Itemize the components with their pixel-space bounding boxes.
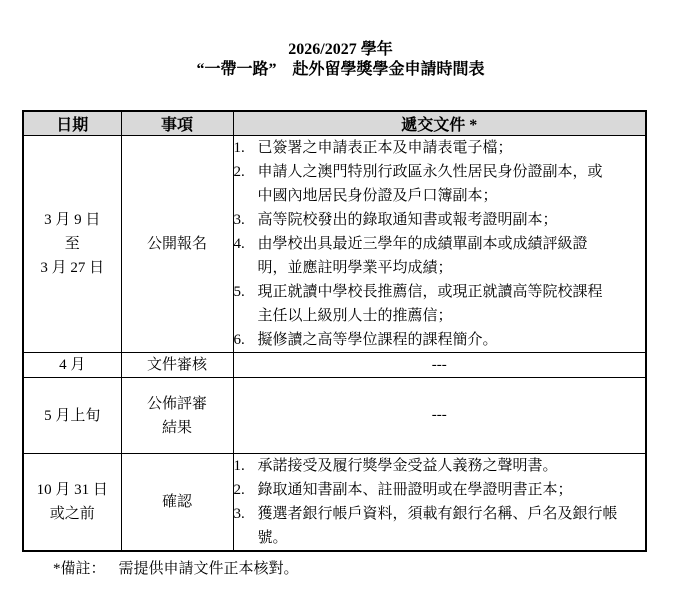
- footnote-text: 需提供申請文件正本核對。: [119, 561, 299, 577]
- list-number: 6.: [234, 328, 258, 352]
- table-row-document-review: 4 月 文件審核 ---: [23, 353, 646, 378]
- footnote-label: *備註：: [53, 561, 106, 577]
- list-text: 已簽署之申請表正本及申請表電子檔；: [258, 136, 646, 160]
- list-number: 3.: [234, 208, 258, 232]
- event-cell: 公開報名: [121, 136, 233, 353]
- date-cell: 5 月上旬: [23, 378, 121, 454]
- schedule-table: 日期 事項 遞交文件 * 3 月 9 日 至 3 月 27 日 公開報名 1. …: [22, 110, 647, 552]
- document-list-item: 2. 錄取通知書副本、註冊證明或在學證明書正本；: [234, 478, 646, 502]
- table-row-results-announcement: 5 月上旬 公佈評審 結果 ---: [23, 378, 646, 454]
- document-list-item: 6. 擬修讀之高等學位課程的課程簡介。: [234, 328, 646, 352]
- document-list-item: 2. 申請人之澳門特別行政區永久性居民身份證副本，或 中國內地居民身份證及戶口簿…: [234, 160, 646, 208]
- date-cell: 4 月: [23, 353, 121, 378]
- document-list-item: 5. 現正就讀中學校長推薦信，或現正就讀高等院校課程 主任以上級別人士的推薦信；: [234, 280, 646, 328]
- list-number: 4.: [234, 232, 258, 280]
- document-list-item: 4. 由學校出具最近三學年的成績單副本或成績評級證 明，並應註明學業平均成績；: [234, 232, 646, 280]
- document-list-item: 1. 承諾接受及履行獎學金受益人義務之聲明書。: [234, 454, 646, 478]
- document-list-item: 3. 獲選者銀行帳戶資料，須載有銀行名稱、戶名及銀行帳 號。: [234, 502, 646, 550]
- documents-placeholder: ---: [233, 378, 646, 454]
- event-cell: 文件審核: [121, 353, 233, 378]
- table-row-confirmation: 10 月 31 日 或之前 確認 1. 承諾接受及履行獎學金受益人義務之聲明書。…: [23, 454, 646, 552]
- table-header-row: 日期 事項 遞交文件 *: [23, 111, 646, 136]
- column-header-date: 日期: [23, 111, 121, 136]
- documents-placeholder: ---: [233, 353, 646, 378]
- list-text: 獲選者銀行帳戶資料，須載有銀行名稱、戶名及銀行帳 號。: [258, 502, 646, 550]
- event-cell: 公佈評審 結果: [121, 378, 233, 454]
- list-text: 由學校出具最近三學年的成績單副本或成績評級證 明，並應註明學業平均成績；: [258, 232, 646, 280]
- document-page: 2026/2027 學年 “一帶一路” 赴外留學獎學金申請時間表 日期 事項 遞…: [0, 0, 681, 579]
- footnote: *備註：需提供申請文件正本核對。: [53, 559, 681, 579]
- list-number: 2.: [234, 478, 258, 502]
- list-number: 3.: [234, 502, 258, 550]
- document-list-item: 1. 已簽署之申請表正本及申請表電子檔；: [234, 136, 646, 160]
- list-text: 申請人之澳門特別行政區永久性居民身份證副本，或 中國內地居民身份證及戶口簿副本；: [258, 160, 646, 208]
- list-text: 錄取通知書副本、註冊證明或在學證明書正本；: [258, 478, 646, 502]
- document-list-item: 3. 高等院校發出的錄取通知書或報考證明副本；: [234, 208, 646, 232]
- title-line-2: “一帶一路” 赴外留學獎學金申請時間表: [0, 60, 681, 80]
- list-number: 1.: [234, 136, 258, 160]
- column-header-documents: 遞交文件 *: [233, 111, 646, 136]
- list-number: 2.: [234, 160, 258, 208]
- date-cell: 3 月 9 日 至 3 月 27 日: [23, 136, 121, 353]
- table-row-open-registration: 3 月 9 日 至 3 月 27 日 公開報名 1. 已簽署之申請表正本及申請表…: [23, 136, 646, 353]
- list-number: 5.: [234, 280, 258, 328]
- list-number: 1.: [234, 454, 258, 478]
- event-cell: 確認: [121, 454, 233, 552]
- title-line-1: 2026/2027 學年: [0, 40, 681, 60]
- column-header-event: 事項: [121, 111, 233, 136]
- documents-cell: 1. 已簽署之申請表正本及申請表電子檔； 2. 申請人之澳門特別行政區永久性居民…: [233, 136, 646, 353]
- list-text: 現正就讀中學校長推薦信，或現正就讀高等院校課程 主任以上級別人士的推薦信；: [258, 280, 646, 328]
- list-text: 擬修讀之高等學位課程的課程簡介。: [258, 328, 646, 352]
- list-text: 承諾接受及履行獎學金受益人義務之聲明書。: [258, 454, 646, 478]
- date-cell: 10 月 31 日 或之前: [23, 454, 121, 552]
- document-title: 2026/2027 學年 “一帶一路” 赴外留學獎學金申請時間表: [0, 0, 681, 80]
- documents-cell: 1. 承諾接受及履行獎學金受益人義務之聲明書。 2. 錄取通知書副本、註冊證明或…: [233, 454, 646, 552]
- list-text: 高等院校發出的錄取通知書或報考證明副本；: [258, 208, 646, 232]
